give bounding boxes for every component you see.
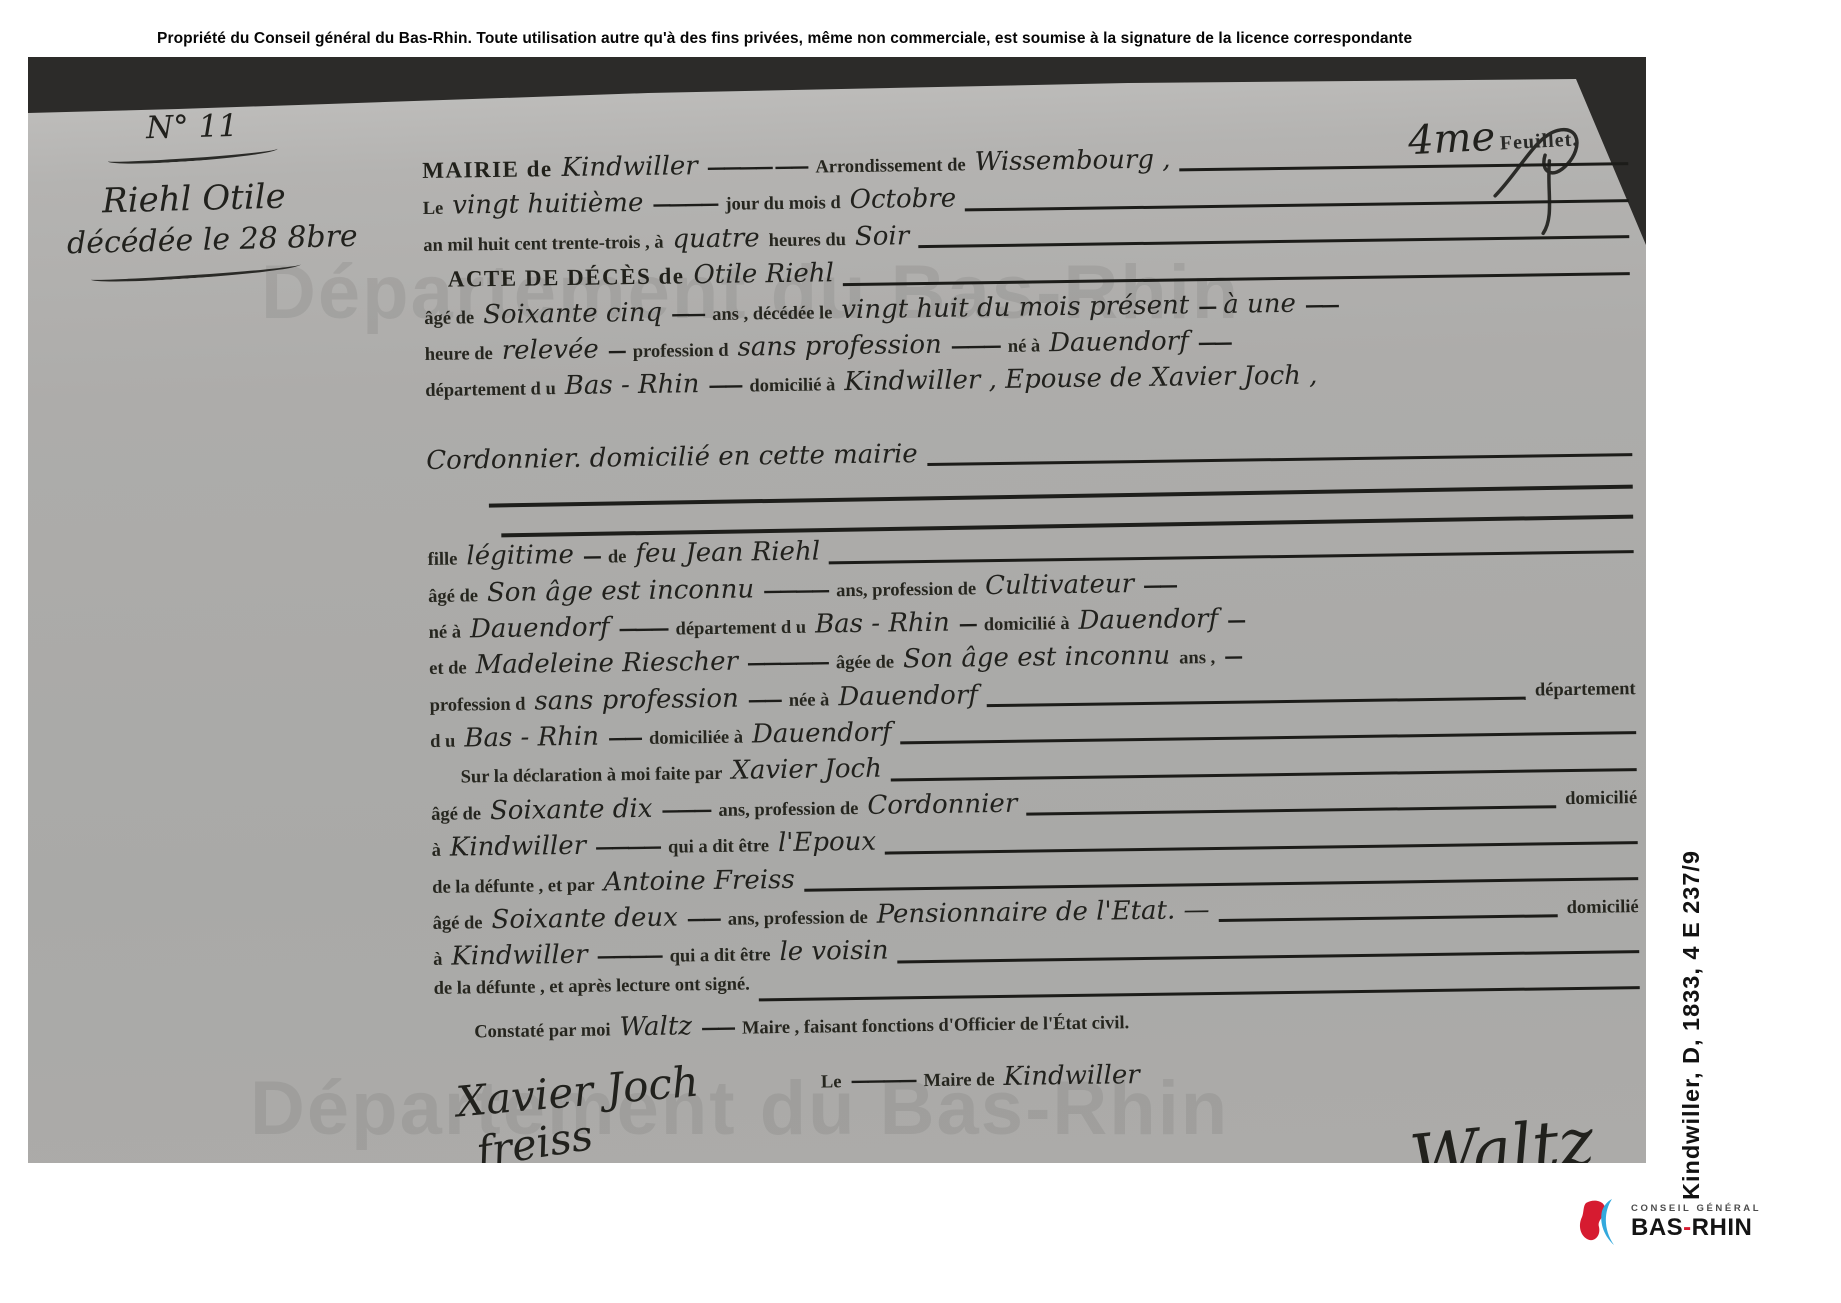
fill-dashes: —— [1198,332,1230,354]
handwritten-text: Son âge est inconnu [903,641,1171,675]
fill-rule [1219,915,1558,923]
printed-text: ans, profession de [718,799,858,822]
handwritten-text: vingt huit du mois présent [841,290,1189,325]
fill-dashes: — [1227,609,1243,631]
logo-rhin: RHIN [1692,1214,1753,1241]
fill-dashes: ———— [763,579,827,602]
printed-text: âgé de [424,308,474,330]
fill-rule [843,272,1630,286]
handwritten-text: Dauendorf [838,680,978,712]
handwritten-text: à une [1223,288,1296,319]
handwritten-text: Dauendorf [1078,604,1218,636]
fill-rule [901,732,1637,745]
printed-text: fille [428,550,458,571]
handwritten-text: Son âge est inconnu [487,574,755,608]
handwritten-text: Kindwiller [451,940,588,972]
printed-text: domicilié [1567,897,1639,919]
printed-text: Le [821,1072,842,1093]
fill-dashes: —— [1305,294,1337,316]
printed-text: né à [1008,336,1041,357]
printed-text: ans, profession de [836,579,976,602]
fill-dashes: ———— [596,945,660,968]
handwritten-text: Otile Riehl [693,258,834,290]
printed-text: et de [429,659,467,681]
handwritten-text: Kindwiller [561,151,698,183]
handwritten-text: Dauendorf [470,612,610,644]
archive-viewer-page: Propriété du Conseil général du Bas-Rhin… [0,0,1841,1303]
handwritten-text: Antoine Freiss [603,865,795,898]
bas-rhin-logo: CONSEIL GÉNÉRAL BAS-RHIN [1578,1197,1761,1247]
handwritten-text: Kindwiller , Epouse de Xavier Joch , [844,361,1318,398]
logo-bas: BAS [1631,1214,1683,1241]
fill-rule [885,841,1637,855]
handwritten-text: quatre [672,223,760,254]
ink-flourish [108,144,278,166]
handwritten-text: Cordonnier. domicilié en cette mairie [426,439,918,476]
handwritten-text: Waltz [619,1012,692,1043]
printed-text: âgé de [428,586,478,608]
fill-dashes: —— [748,689,780,711]
printed-text: qui a dit être [668,836,769,858]
fill-dashes: —— [701,1017,733,1039]
act-lines: MAIRIE deKindwiller———— ——Arrondissement… [422,138,1641,1106]
printed-text: département [1535,679,1636,701]
bas-rhin-logo-icon [1578,1197,1624,1247]
handwritten-text: relevée [502,335,599,366]
printed-text: née à [789,690,830,712]
form-line: Cordonnier. domicilié en cette mairie [426,429,1632,482]
fill-dashes: ————— [747,652,827,675]
printed-text: à [432,841,442,862]
handwritten-text: Bas - Rhin [815,608,950,640]
act-number: N° 11 [64,106,321,149]
printed-text: ans , décédée le [712,303,833,326]
printed-text: de [608,547,627,568]
fill-dashes: — [1198,296,1214,318]
fill-rule [829,550,1634,564]
fill-rule [918,235,1629,248]
printed-text: ACTE DE DÉCÈS de [448,264,685,293]
printed-text: Maire , faisant fonctions d'Officier de … [742,1013,1130,1039]
fill-dashes: — [583,546,599,568]
handwritten-text: Dauendorf [752,718,892,750]
printed-text: heures du [769,230,847,252]
printed-text: ans , [1179,648,1215,670]
fill-dashes: ——— [661,799,709,822]
margin-note: N° 11 Riehl Otile décédée le 28 8bre [64,106,325,300]
printed-text: de la défunte , et par [432,875,595,898]
handwritten-text: vingt huitième [452,188,644,221]
section-rule [489,485,1633,507]
printed-text: jour du mois d [725,194,841,217]
fill-dashes: — [959,613,975,635]
fill-dashes: ——— [951,335,999,358]
printed-text: qui a dit être [669,946,770,968]
handwritten-text: sans profession [534,683,739,716]
printed-text: domicilié [1565,788,1637,810]
fill-dashes: —— [671,303,703,325]
printed-text: né à [429,622,462,643]
handwritten-text: le voisin [779,936,888,968]
signature-mayor: Waltz [1406,1103,1597,1163]
fill-dashes: ———— [652,193,716,216]
printed-text: Maire de [923,1070,994,1092]
printed-text: heure de [425,344,493,366]
logo-line2: BAS-RHIN [1631,1216,1761,1240]
printed-text: profession d [633,341,729,363]
fill-dashes: —— [708,375,740,397]
handwritten-text: Bas - Rhin [464,722,599,754]
handwritten-text: Xavier Joch [731,754,882,786]
handwritten-text: Soir [855,221,910,252]
handwritten-text: Soixante dix [490,794,653,826]
fill-dashes: —— [1143,574,1175,596]
printed-text: profession d [430,694,526,716]
fill-dashes: ———— [595,836,659,859]
death-date-note: décédée le 28 8bre [67,220,324,262]
fill-dashes: — [1224,646,1240,668]
ink-flourish [91,260,301,285]
handwritten-text: Soixante deux [491,903,678,936]
printed-text: Le [423,199,444,220]
printed-text: âgé de [431,804,481,826]
copyright-notice: Propriété du Conseil général du Bas-Rhin… [157,30,1412,48]
printed-text: domiciliée à [649,728,743,750]
handwritten-text: l'Epoux [778,827,877,858]
fill-rule [804,877,1638,892]
handwritten-text: légitime [466,540,574,571]
printed-text: département d u [425,379,556,402]
handwritten-text: Cultivateur [985,569,1134,601]
printed-text: à [433,950,443,971]
handwritten-text: Dauendorf [1049,326,1189,358]
handwritten-text: Soixante cinq [483,297,662,329]
printed-text: d u [430,732,455,753]
printed-text: an mil huit cent trente-trois , à [423,232,664,256]
printed-text: Arrondissement de [815,155,966,178]
printed-text: ans, profession de [728,908,868,931]
printed-text: de la défunte , et après lecture ont sig… [434,974,750,999]
fill-rule [965,199,1629,211]
handwritten-text: Bas - Rhin [565,369,700,401]
handwritten-text: sans profession [737,330,942,363]
fill-rule [1180,163,1629,172]
handwritten-text: Cordonnier [867,789,1017,821]
fill-dashes: —— [687,908,719,930]
deceased-name: Riehl Otile [65,176,322,223]
document-scan: Département du Bas-Rhin Département du B… [28,57,1646,1163]
handwritten-text: Kindwiller [1003,1060,1140,1092]
fill-rule [927,453,1632,466]
logo-line1: CONSEIL GÉNÉRAL [1631,1204,1761,1214]
fill-dashes: — [608,340,624,362]
printed-text: domicilié à [749,376,835,398]
fill-rule [987,697,1526,708]
printed-text: domicilié à [984,614,1070,636]
printed-text: âgée de [836,653,894,675]
fill-dashes: ———— [850,1069,914,1092]
handwritten-text: Pensionnaire de l'Etat. — [877,895,1210,930]
printed-text: MAIRIE de [422,156,553,184]
handwritten-text: Wissembourg , [974,145,1170,178]
fill-rule [898,950,1640,963]
handwritten-text: Madeleine Riescher [475,647,738,681]
printed-text: Sur la déclaration à moi faite par [461,764,723,789]
handwritten-text: Octobre [849,184,956,215]
handwritten-text: Kindwiller [450,831,587,863]
archive-reference-text: Kindwiller, D, 1833, 4 E 237/9 [1678,850,1705,1200]
fill-dashes: —— [608,727,640,749]
fill-rule [1026,805,1556,815]
archive-reference: Kindwiller, D, 1833, 4 E 237/9 [1678,850,1720,1184]
printed-text: Constaté par moi [474,1021,611,1044]
fill-dashes: ———— —— [707,156,807,179]
form-line: Le————Maire deKindwiller [821,1053,1641,1101]
fill-rule [891,768,1637,781]
printed-text: département d u [675,618,806,641]
logo-hyphen: - [1683,1214,1692,1241]
fill-dashes: ——— [618,618,666,641]
logo-text: CONSEIL GÉNÉRAL BAS-RHIN [1631,1204,1761,1240]
printed-text: âgé de [433,913,483,935]
handwritten-text: feu Jean Riehl [635,537,820,570]
